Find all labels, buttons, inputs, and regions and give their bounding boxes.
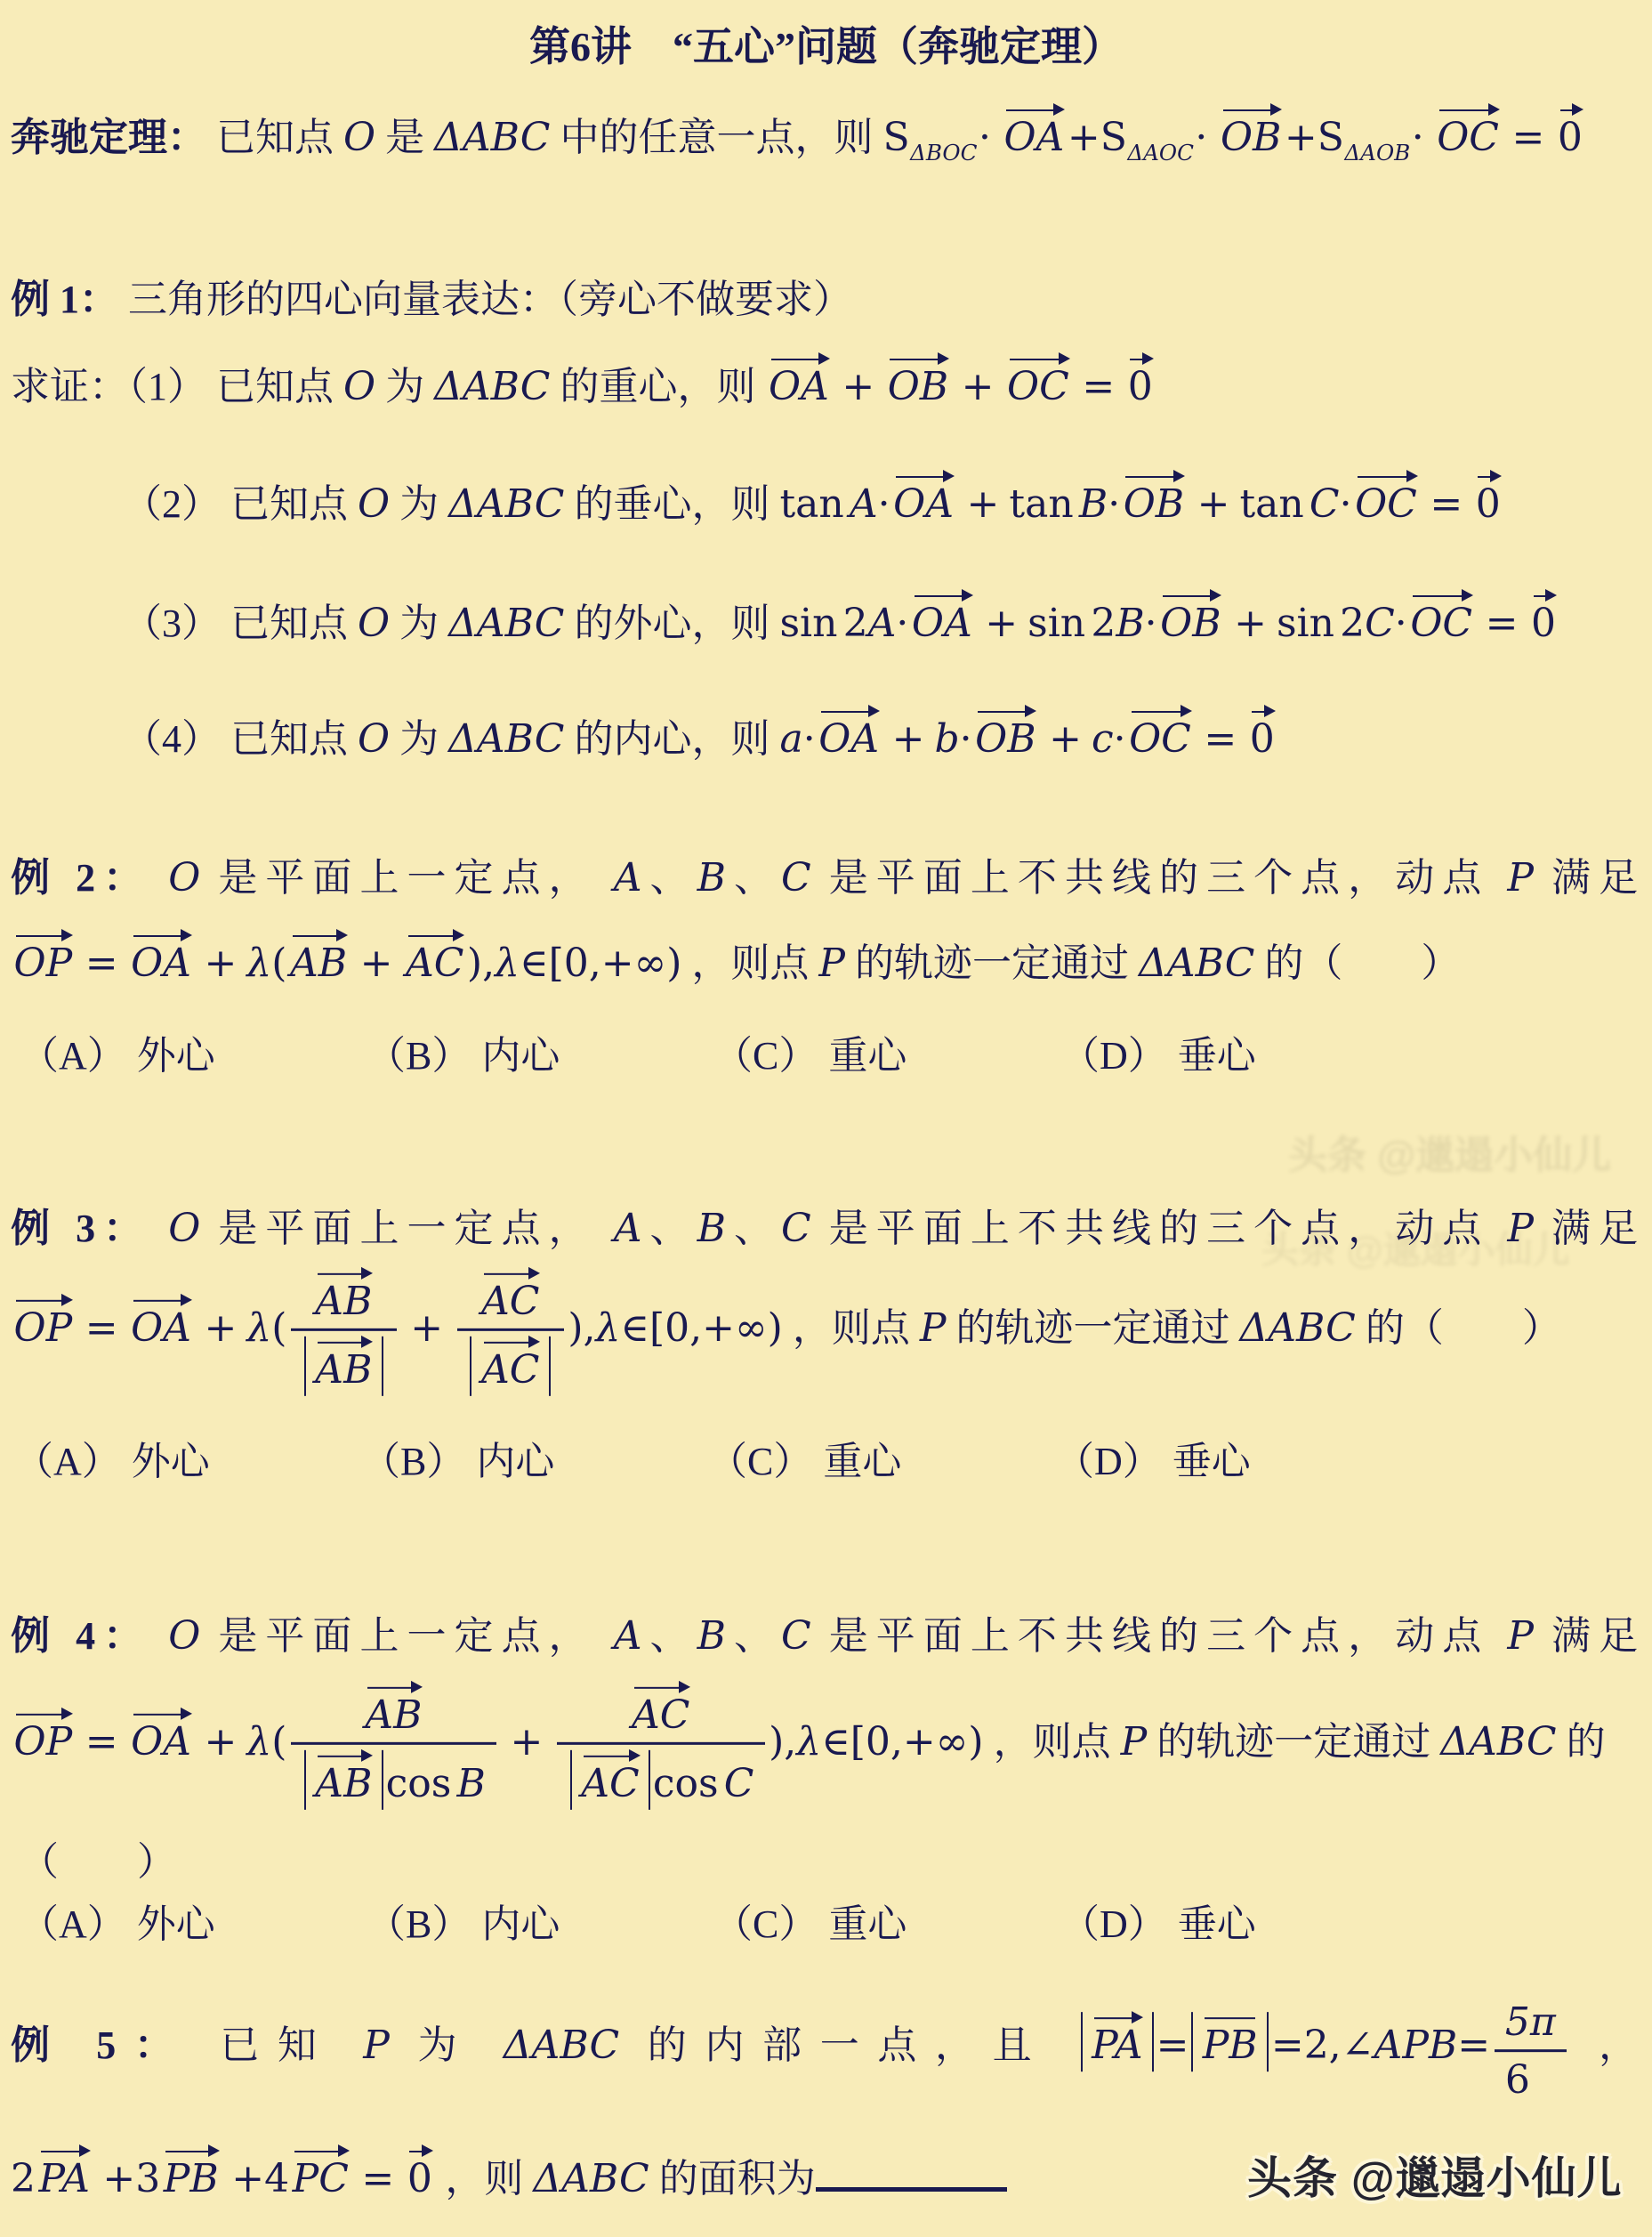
math-var: ΔABC [504,2023,619,2068]
vector: AC [632,1692,689,1738]
cn-text: 是平面上不共线的三个点，动点 [829,1207,1490,1250]
cn-text: 的轨迹一定通过 [855,941,1129,985]
cn-text: 三角形的四心向量表达：（旁心不做要求） [128,278,852,321]
math-var: O [358,601,390,646]
vector: AB [290,941,347,986]
absolute-value: AB [304,1750,383,1811]
option-letter: （D） [1060,1034,1167,1078]
cn-text: 的（ ） [1264,941,1460,985]
example-2-intro: 例 2： O 是平面上一定点， A、B、C 是平面上不共线的三个点，动点 P 满… [11,845,1638,902]
cn-text: 是平面上一定点， [218,1614,595,1658]
cn-text: 的内心，则 [574,717,770,761]
option-d: （D）垂心 [1060,1023,1407,1080]
math-paren: ( [271,941,286,986]
example-2-label: 例 2： [11,856,150,900]
vector: OA [1003,115,1064,160]
cn-text: ，则点 [691,941,809,985]
option-text: 重心 [828,1902,907,1946]
fraction-numerator: AC [457,1267,564,1331]
math-op: · [960,716,972,762]
math-var: P [1121,1719,1148,1765]
option-letter: （A） [20,1902,126,1946]
example-4-options: （A）外心 （B）内心 （C）重心 （D）垂心 [20,1892,1407,1949]
math-var: B [456,1761,485,1806]
math-var: APB [1374,2023,1458,2068]
cn-text: 的重心，则 [560,365,755,408]
vector: OC [1007,364,1069,409]
cn-text: 已知点 [230,482,348,526]
math-fn: sin [779,601,837,646]
cn-punct: 、 [642,856,697,900]
fraction-denominator: ACcosC [557,1744,765,1811]
option-c: （C）重心 [713,1892,1060,1949]
math-op: = [1271,2023,1304,2068]
math-op: = [1082,364,1115,409]
math-var: B [697,1206,726,1251]
math-var: ΔABC [1239,1305,1355,1351]
example-1-label: 例 1： [11,278,118,321]
cn-text: 的面积为 [659,2157,816,2201]
math-var: S [1100,115,1127,160]
cn-text: 的外心，则 [574,602,770,645]
fraction: ABABcosB [291,1681,496,1811]
example-4-answer-paren: （ ） [20,1829,176,1886]
vector: AB [315,1761,372,1806]
math-var: C [724,1761,754,1806]
math-var: P [920,1305,947,1351]
math-op: = [85,1305,118,1351]
option-text: 垂心 [1178,1034,1256,1078]
cn-text: ，则点 [793,1306,910,1350]
vector: AC [481,1279,539,1324]
option-letter: （A） [14,1440,121,1483]
vector: OC [1410,601,1472,646]
fraction-denominator: AC [457,1330,564,1397]
cn-text: 的（ ） [1366,1306,1561,1350]
option-letter: （D） [1055,1440,1162,1483]
cn-text: ，则 [445,2157,523,2201]
cn-text: 为 [385,365,424,408]
math-var: λ [246,941,271,986]
vector: OP [14,941,73,986]
math-var: ΔABC [434,364,550,409]
fraction-numerator: AB [291,1681,496,1745]
option-text: 外心 [137,1902,215,1946]
math-interval: [0,+∞) [850,1719,984,1765]
example-4-intro: 例 4： O 是平面上一定点， A、B、C 是平面上不共线的三个点，动点 P 满… [11,1603,1638,1660]
math-var: λ [246,1305,271,1351]
math-num: 2 [11,2156,36,2201]
vector: OA [131,1305,191,1351]
math-var: ΔABC [1440,1719,1556,1765]
math-var: ΔABC [533,2156,649,2201]
option-d: （D）垂心 [1055,1429,1402,1486]
math-op: · [1108,481,1120,527]
math-fn: cos [653,1761,719,1806]
cn-text: 满足 [1551,1614,1638,1658]
math-var: ΔABC [448,481,564,527]
math-op: ∈ [620,1305,649,1351]
option-letter: （B） [361,1440,465,1483]
vector: OA [131,1719,191,1765]
fraction-numerator: AC [557,1681,765,1745]
vector: OB [1221,115,1281,160]
math-fn: sin [1027,601,1085,646]
fraction: 5π6 [1495,1995,1567,2104]
math-var: P [818,941,845,986]
math-op: + [1197,481,1230,527]
math-var: P [1507,1206,1534,1251]
cn-text: 为 [399,602,439,645]
math-op: ∈ [520,941,549,986]
math-op: + [967,481,1000,527]
math-op: ∈ [821,1719,850,1765]
math-var: c [1092,716,1114,762]
fraction: ACACcosC [557,1681,765,1811]
math-var: a [779,716,802,762]
math-var: P [1507,855,1534,900]
fraction: ACAC [457,1267,564,1397]
math-var: B [1116,601,1144,646]
math-var: A [850,481,878,527]
option-text: 重心 [828,1034,907,1078]
option-letter: （A） [20,1034,126,1078]
option-d: （D）垂心 [1060,1892,1407,1949]
absolute-value: AC [570,1750,651,1811]
math-op: = [1430,481,1463,527]
cn-text: 是平面上不共线的三个点，动点 [829,856,1490,900]
option-text: 垂心 [1173,1440,1251,1483]
cn-text: 已知 [220,2023,334,2067]
math-op: + [410,1305,443,1351]
vector: PC [293,2156,349,2201]
fraction-denominator: AB [291,1330,397,1397]
vector: PA [1092,2023,1142,2068]
option-b: （B）内心 [361,1429,708,1486]
math-op: + [511,1719,544,1765]
math-var: A [614,1613,642,1659]
cn-text: 是 [385,116,424,159]
vector: PA [39,2156,90,2201]
cn-text: 满足 [1551,1207,1638,1250]
cn-text: 的内部一点，且 [648,2023,1051,2067]
math-punct: , [584,1305,596,1351]
math-op: · [979,115,991,160]
vector-zero: 0 [1250,716,1275,762]
vector: OB [1160,601,1221,646]
math-paren: ) [568,1305,583,1351]
math-var: O [168,1613,200,1659]
vector: OA [131,941,191,986]
cn-punct: ， [1599,2023,1638,2067]
math-op: + [204,1719,237,1765]
math-var: S [1318,115,1344,160]
math-op: · [896,601,908,646]
math-var: λ [495,941,520,986]
vector: AC [406,941,463,986]
math-var: O [168,855,200,900]
math-op: = [1511,115,1544,160]
vector: OA [912,601,972,646]
vector-zero: 0 [1128,364,1153,409]
vector: OP [14,1719,73,1765]
cn-punct: 、 [642,1614,697,1658]
math-var: O [168,1206,200,1251]
math-fn: cos [386,1761,452,1806]
cn-text: 已知点 [216,116,334,159]
math-var: B [697,1613,726,1659]
option-b: （B）内心 [367,1023,713,1080]
math-op: · [803,716,816,762]
vector: AC [581,1761,639,1806]
option-text: 外心 [137,1034,215,1078]
math-paren: ( [271,1305,286,1351]
proof-item-2: （2） 已知点 O 为 ΔABC 的垂心，则 tanA·OA + tanB·OB… [123,472,1503,529]
math-op: + [962,364,995,409]
math-var: ΔABC [434,115,550,160]
example-5-line1: 例 5： 已知 P 为 ΔABC 的内部一点，且 PA=PB=2,∠APB=5π… [11,1995,1638,2104]
math-var: O [358,481,390,527]
math-var: C [781,855,811,900]
answer-blank [816,2148,1007,2192]
example-5-line2: 2PA +3PB +4PC = 0 ，则 ΔABC 的面积为 [11,2146,1007,2203]
example-2-options: （A）外心 （B）内心 （C）重心 （D）垂心 [20,1023,1407,1080]
cn-text: 中的任意一点，则 [560,116,873,159]
cn-text: 已知点 [216,365,334,408]
absolute-value: AC [470,1337,551,1397]
math-op: = [1486,601,1519,646]
example-5-label: 例 5： [11,2023,192,2067]
math-op: · [1145,601,1157,646]
math-punct: , [784,1719,796,1765]
math-op: + [204,941,237,986]
math-paren: ) [769,1719,784,1765]
cn-text: 满足 [1551,856,1638,900]
fraction-denominator: ABcosB [291,1744,496,1811]
option-text: 内心 [476,1440,554,1483]
math-op: + [1049,716,1082,762]
absolute-value: PA [1081,2012,1154,2072]
vector: OB [975,716,1036,762]
cn-text: 为 [399,482,439,526]
math-var: ΔABC [448,716,564,762]
cn-text: 是平面上不共线的三个点，动点 [829,1614,1490,1658]
example-2-formula: OP = OA + λ(AB + AC),λ∈[0,+∞) ，则点 P 的轨迹一… [11,931,1460,988]
option-text: 重心 [823,1440,901,1483]
item-number: （4） [123,717,221,761]
math-num: 6 [1505,2057,1530,2103]
math-var: P [1507,1613,1534,1659]
math-op: + [1234,601,1267,646]
math-op: · [878,481,890,527]
math-fn: tan [1240,481,1304,527]
math-op: + [985,601,1018,646]
cn-text: 为 [417,2023,475,2067]
option-c: （C）重心 [708,1429,1055,1486]
proof-item-3: （3） 已知点 O 为 ΔABC 的外心，则 sin2A·OA + sin2B·… [123,591,1559,648]
math-var: λ [596,1305,621,1351]
math-op: · [1114,716,1126,762]
option-letter: （D） [1060,1902,1167,1946]
theorem-line: 奔驰定理： 已知点 O 是 ΔABC 中的任意一点，则 SΔBOC· OA+SΔ… [11,105,1585,166]
math-var: P [363,2023,390,2068]
math-op: = [85,1719,118,1765]
footer-watermark: 头条 @邋遢小仙儿 [1247,2143,1623,2207]
cn-text: 的 [1567,1720,1606,1764]
angle-symbol: ∠ [1342,2023,1374,2068]
vector-zero: 0 [1476,481,1501,527]
vector: OC [1355,481,1417,527]
math-op: +3 [102,2156,160,2201]
example-3-formula: OP = OA + λ(ABAB + ACAC),λ∈[0,+∞) ，则点 P … [11,1267,1561,1397]
example-3-intro: 例 3： O 是平面上一定点， A、B、C 是平面上不共线的三个点，动点 P 满… [11,1196,1638,1253]
item-number: （3） [123,602,221,645]
math-var: O [358,716,390,762]
vector-zero: 0 [1531,601,1556,646]
math-var: C [781,1206,811,1251]
cn-text: 的轨迹一定通过 [955,1306,1229,1350]
cn-punct: 、 [726,1614,781,1658]
option-text: 内心 [481,1034,560,1078]
option-a: （A）外心 [14,1429,361,1486]
vector: OA [769,364,829,409]
option-letter: （B） [367,1902,471,1946]
math-op: = [85,941,118,986]
example-3-label: 例 3： [11,1207,150,1250]
math-op: = [1156,2023,1189,2068]
math-var: C [781,1613,811,1659]
cn-text: 求证： [11,365,128,408]
cn-text: 为 [399,717,439,761]
math-var: C [1310,481,1340,527]
page-title: 第6讲 “五心”问题（奔驰定理） [0,14,1652,73]
math-fn: sin [1277,601,1334,646]
cn-punct: 、 [726,1207,781,1250]
math-op: = [1204,716,1237,762]
option-text: 垂心 [1178,1902,1256,1946]
example-3-options: （A）外心 （B）内心 （C）重心 （D）垂心 [14,1429,1402,1486]
math-subscript: ΔBOC [910,140,977,166]
watermark-ghost: 头条 @邋遢小仙儿 [1288,1123,1611,1180]
math-var: O [343,364,375,409]
math-op: · [1340,481,1352,527]
option-c: （C）重心 [713,1023,1060,1080]
fraction: ABAB [291,1267,397,1397]
math-punct: , [482,941,495,986]
theorem-label: 奔驰定理： [11,116,206,159]
fraction-numerator: 5π [1495,1995,1567,2052]
vector: OA [818,716,879,762]
math-subscript: ΔAOC [1127,140,1194,166]
cn-text: 已知点 [230,717,348,761]
math-paren: ( [271,1719,286,1765]
example-4-formula: OP = OA + λ(ABABcosB + ACACcosC),λ∈[0,+∞… [11,1681,1606,1811]
item-number: （1） [128,365,206,408]
proof-item-1: 求证：（1） 已知点 O 为 ΔABC 的重心，则 OA + OB + OC =… [11,354,1156,411]
math-var: S [882,115,909,160]
proof-item-4: （4） 已知点 O 为 ΔABC 的内心，则 a·OA + b·OB + c·O… [123,707,1277,763]
math-op: +4 [231,2156,289,2201]
math-op: · [1412,115,1424,160]
math-op: · [1195,115,1207,160]
math-var: A [614,855,642,900]
math-var: λ [796,1719,821,1765]
vector: OP [14,1305,73,1351]
math-num: 2 [1340,601,1365,646]
math-op: + [204,1305,237,1351]
vector: AB [315,1347,372,1393]
math-op: = [361,2156,394,2201]
math-var: b [934,716,959,762]
cn-text: 的轨迹一定通过 [1156,1720,1430,1764]
fraction-numerator: AB [291,1267,397,1331]
math-paren: ) [467,941,482,986]
cn-text: 是平面上一定点， [218,856,595,900]
vector: OC [1437,115,1499,160]
fraction-denominator: 6 [1495,2052,1567,2104]
vector: PB [164,2156,219,2201]
option-a: （A）外心 [20,1892,367,1949]
math-op: + [1285,115,1318,160]
vector: AB [365,1692,422,1738]
math-op: = [1457,2023,1490,2068]
cn-text: 是平面上一定点， [218,1207,595,1250]
segment-bar: PB [1203,2023,1258,2068]
vector: AC [481,1347,539,1393]
cn-punct: 、 [726,856,781,900]
math-var: ΔABC [448,601,564,646]
math-interval: [0,+∞) [649,1305,783,1351]
math-var: C [1365,601,1395,646]
vector-zero: 0 [407,2156,432,2201]
option-letter: （C） [713,1034,818,1078]
math-var: B [1079,481,1108,527]
option-text: 内心 [481,1902,560,1946]
math-var: A [614,1206,642,1251]
vector-zero: 0 [1558,115,1583,160]
math-var: λ [246,1719,271,1765]
math-op: + [1068,115,1100,160]
cn-text: 的垂心，则 [574,482,770,526]
absolute-value: AB [304,1337,383,1397]
math-var: A [868,601,897,646]
math-op: + [892,716,925,762]
vector: OA [893,481,954,527]
math-var: B [697,855,726,900]
vector: OB [888,364,948,409]
option-b: （B）内心 [367,1892,713,1949]
example-4-label: 例 4： [11,1614,150,1658]
vector: OB [1124,481,1184,527]
math-fn: tan [779,481,843,527]
vector: OC [1129,716,1191,762]
math-num: 2 [1091,601,1116,646]
option-letter: （C） [708,1440,812,1483]
option-a: （A）外心 [20,1023,367,1080]
cn-text: 已知点 [230,602,348,645]
math-var: 5π [1505,1999,1556,2045]
math-interval: [0,+∞) [549,941,682,986]
example-1-heading: 例 1： 三角形的四心向量表达：（旁心不做要求） [11,267,852,324]
cn-punct: 、 [642,1207,697,1250]
cn-text: （ ） [20,1840,176,1884]
math-var: ΔABC [1139,941,1254,986]
absolute-value: PB [1191,2012,1269,2072]
vector: AB [315,1279,372,1324]
math-num: 2, [1304,2023,1342,2068]
math-subscript: ΔAOB [1344,140,1410,166]
math-num: 2 [843,601,868,646]
